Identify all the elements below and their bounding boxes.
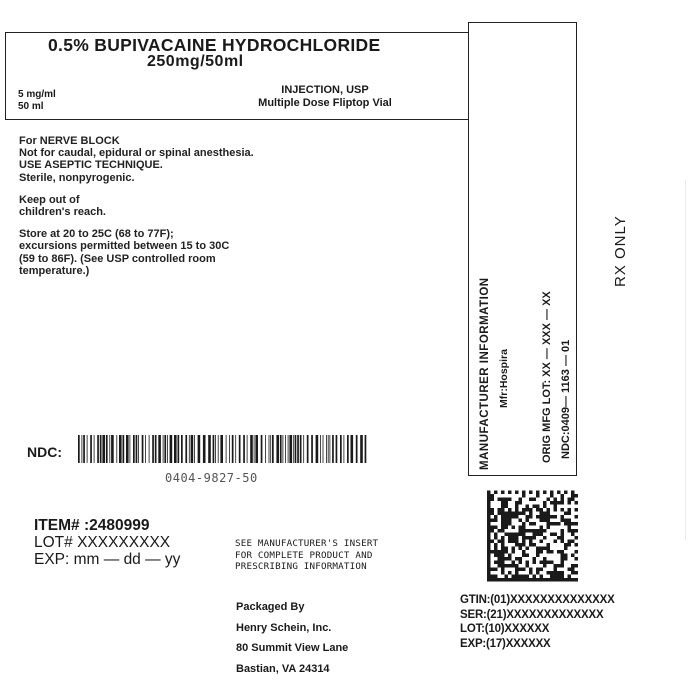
manufacturer-name: Mfr:Hospira [498, 349, 510, 408]
packager-line: Henry Schein, Inc. [236, 618, 348, 639]
warning-paragraph: Store at 20 to 25C (68 to 77F);excursion… [19, 228, 254, 277]
packager-info: Packaged ByHenry Schein, Inc.80 Summit V… [236, 597, 348, 679]
strength-total: 250mg/50ml [147, 53, 244, 71]
lot-number: LOT# XXXXXXXXX [34, 534, 180, 551]
gs1-line: GTIN:(01)XXXXXXXXXXXXXX [460, 593, 615, 608]
insert-notice-line: FOR COMPLETE PRODUCT AND [235, 550, 378, 562]
warning-line: (59 to 86F). (See USP controlled room [19, 253, 254, 265]
warning-line: For NERVE BLOCK [19, 135, 254, 147]
gs1-line: SER:(21)XXXXXXXXXXXXX [460, 608, 615, 623]
dosage-form: INJECTION, USP [230, 84, 420, 97]
linear-barcode-icon [78, 435, 369, 463]
rx-only: RX ONLY [612, 215, 629, 287]
warning-line: Store at 20 to 25C (68 to 77F); [19, 228, 254, 240]
warnings-block: For NERVE BLOCKNot for caudal, epidural … [19, 135, 254, 287]
warning-line: Not for caudal, epidural or spinal anest… [19, 147, 254, 159]
original-ndc: NDC:0409— 1163 — 01 [560, 340, 572, 459]
packager-line: Bastian, VA 24314 [236, 659, 348, 680]
volume: 50 ml [18, 101, 56, 113]
warning-line: Keep out of [19, 194, 254, 206]
concentration-block: 5 mg/ml 50 ml [18, 89, 56, 112]
manufacturer-heading: MANUFACTURER INFORMATION [479, 277, 491, 470]
gs1-identifiers: GTIN:(01)XXXXXXXXXXXXXXSER:(21)XXXXXXXXX… [460, 593, 615, 651]
ndc-label: NDC: [27, 444, 62, 460]
packager-line: Packaged By [236, 597, 348, 618]
scan-edge-artifact [685, 180, 686, 540]
warning-line: Sterile, nonpyrogenic. [19, 172, 254, 184]
item-number: ITEM# :2480999 [34, 517, 180, 534]
gs1-line: EXP:(17)XXXXXX [460, 637, 615, 652]
insert-notice-line: SEE MANUFACTURER'S INSERT [235, 538, 378, 550]
insert-notice-line: PRESCRIBING INFORMATION [235, 561, 378, 573]
original-lot: ORIG MFG LOT: XX — XXX — XX [541, 291, 553, 463]
expiration-date: EXP: mm — dd — yy [34, 551, 180, 568]
warning-paragraph: Keep out ofchildren's reach. [19, 194, 254, 218]
ndc-number: 0404-9827-50 [165, 471, 258, 485]
warning-paragraph: For NERVE BLOCKNot for caudal, epidural … [19, 135, 254, 184]
warning-line: temperature.) [19, 265, 254, 277]
gs1-line: LOT:(10)XXXXXX [460, 622, 615, 637]
packager-line: 80 Summit View Lane [236, 638, 348, 659]
2d-datamatrix-icon [487, 490, 578, 582]
container-type: Multiple Dose Fliptop Vial [230, 97, 420, 110]
warning-line: children's reach. [19, 206, 254, 218]
concentration: 5 mg/ml [18, 89, 56, 101]
item-info-block: ITEM# :2480999 LOT# XXXXXXXXX EXP: mm — … [34, 517, 180, 568]
warning-line: excursions permitted between 15 to 30C [19, 240, 254, 252]
insert-notice: SEE MANUFACTURER'S INSERTFOR COMPLETE PR… [235, 538, 378, 573]
dosage-form-block: INJECTION, USP Multiple Dose Fliptop Via… [230, 84, 420, 110]
warning-line: USE ASEPTIC TECHNIQUE. [19, 159, 254, 171]
